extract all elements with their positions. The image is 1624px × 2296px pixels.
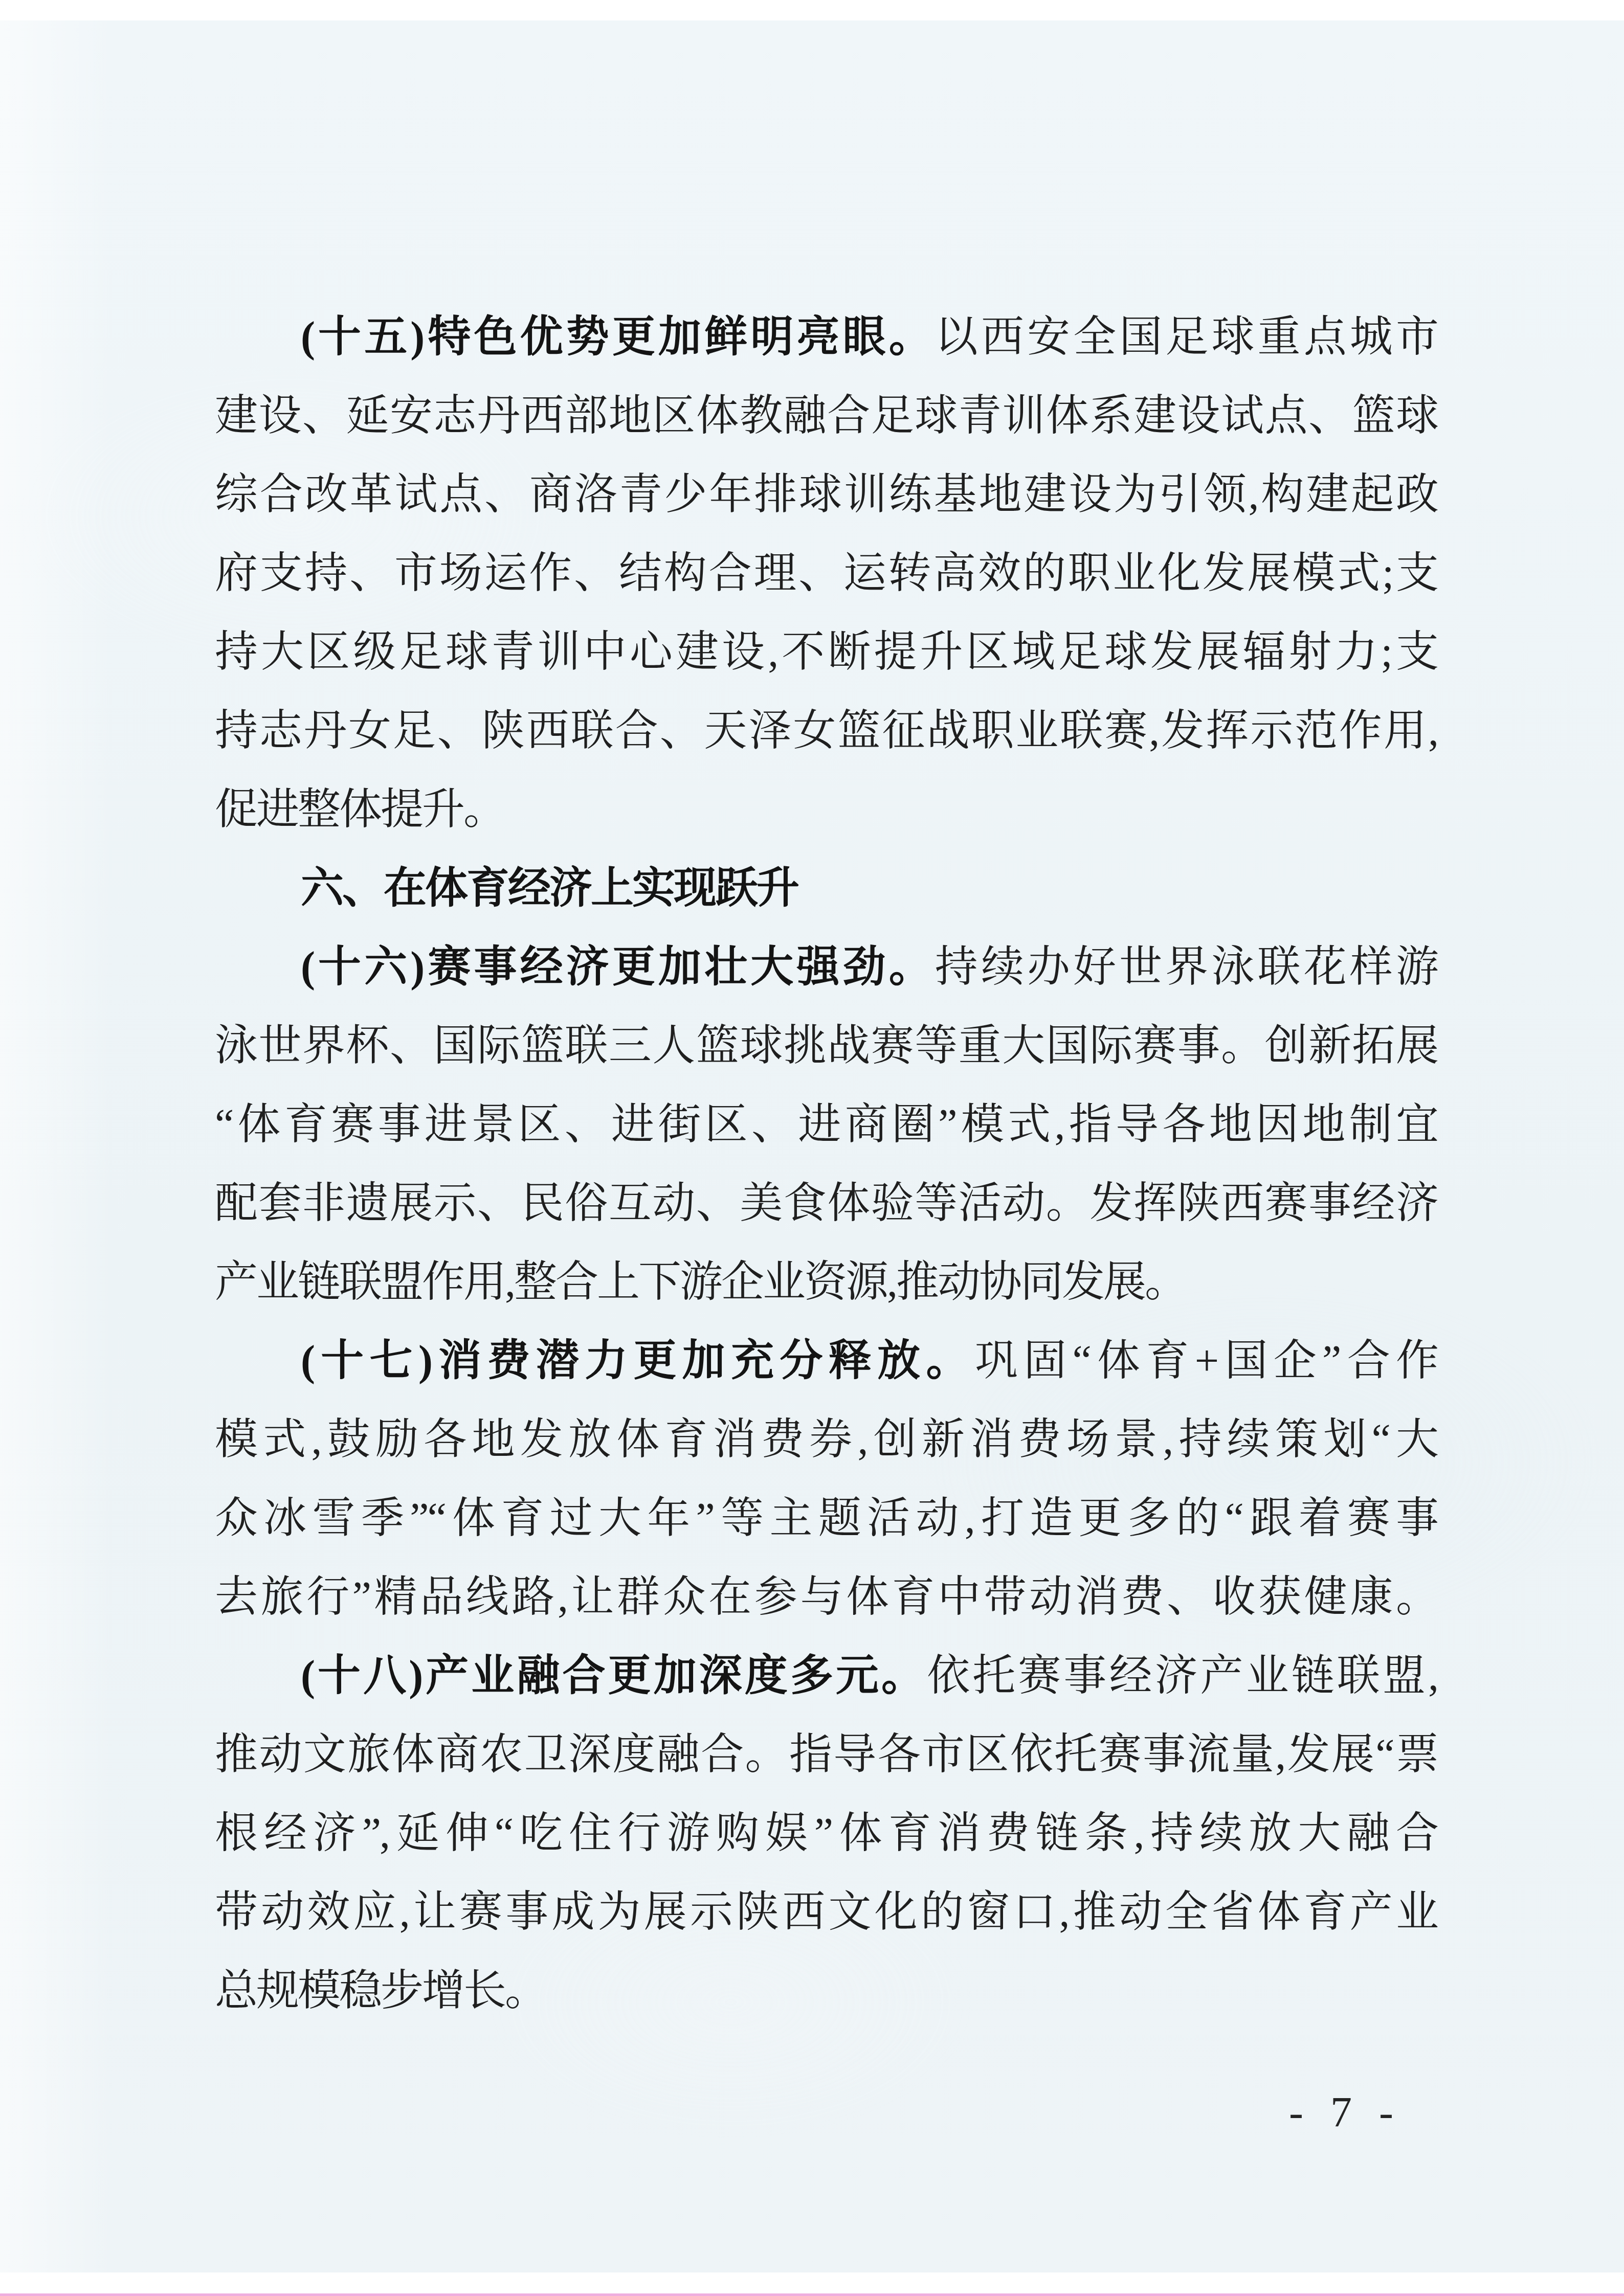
bold-run: (十六)赛事经济更加壮大强劲。: [301, 943, 935, 991]
page-number: - 7 -: [1238, 2082, 1453, 2144]
body-run: 推动文旅体商农卫深度融合。指导各市区依托赛事流量,发展“票: [215, 1731, 1437, 1779]
body-run: 众冰雪季”“体育过大年”等主题活动,打造更多的“跟着赛事: [215, 1495, 1437, 1542]
body-run: 去旅行”精品线路,让群众在参与体育中带动消费、收获健康。: [215, 1573, 1437, 1621]
text-line: 建设、延安志丹西部地区体教融合足球青训体系建设试点、篮球: [215, 377, 1437, 456]
body-run: 总规模稳步增长。: [215, 1967, 546, 2015]
bold-run: (十五)特色优势更加鲜明亮眼。: [301, 313, 935, 361]
document-body-text: (十五)特色优势更加鲜明亮眼。以西安全国足球重点城市 建设、延安志丹西部地区体教…: [215, 298, 1437, 2031]
text-line: (十五)特色优势更加鲜明亮眼。以西安全国足球重点城市: [215, 298, 1437, 377]
text-line: (十八)产业融合更加深度多元。依托赛事经济产业链联盟,: [215, 1637, 1437, 1716]
body-run: 促进整体提升。: [215, 786, 505, 834]
section-heading: 六、在体育经济上实现跃升: [215, 849, 1437, 928]
document-page: { "colors": { "page-bg": "#ffffff", "bac…: [0, 0, 1624, 2296]
body-run: 综合改革试点、商洛青少年排球训练基地建设为引领,构建起政: [215, 471, 1437, 519]
body-run: 带动效应,让赛事成为展示陕西文化的窗口,推动全省体育产业: [215, 1888, 1437, 1936]
text-line: 总规模稳步增长。: [215, 1952, 1437, 2031]
body-run: 持志丹女足、陕西联合、天泽女篮征战职业联赛,发挥示范作用,: [215, 707, 1437, 755]
text-line: 综合改革试点、商洛青少年排球训练基地建设为引领,构建起政: [215, 456, 1437, 534]
text-line: “体育赛事进景区、进街区、进商圈”模式,指导各地因地制宜: [215, 1086, 1437, 1164]
bold-run: (十七)消费潜力更加充分释放。: [301, 1337, 975, 1385]
body-run: 配套非遗展示、民俗互动、美食体验等活动。发挥陕西赛事经济: [215, 1180, 1437, 1227]
text-line: 模式,鼓励各地发放体育消费券,创新消费场景,持续策划“大: [215, 1401, 1437, 1479]
body-run: 巩固“体育+国企”合作: [975, 1337, 1437, 1385]
body-run: 府支持、市场运作、结构合理、运转高效的职业化发展模式;支: [215, 550, 1437, 597]
body-run: 模式,鼓励各地发放体育消费券,创新消费场景,持续策划“大: [215, 1416, 1437, 1464]
text-line: 去旅行”精品线路,让群众在参与体育中带动消费、收获健康。: [215, 1558, 1437, 1637]
text-line: 配套非遗展示、民俗互动、美食体验等活动。发挥陕西赛事经济: [215, 1164, 1437, 1243]
text-line: 根经济”,延伸“吃住行游购娱”体育消费链条,持续放大融合: [215, 1794, 1437, 1873]
text-line: 带动效应,让赛事成为展示陕西文化的窗口,推动全省体育产业: [215, 1873, 1437, 1952]
body-run: 持续办好世界泳联花样游: [935, 943, 1437, 991]
body-run: 泳世界杯、国际篮联三人篮球挑战赛等重大国际赛事。创新拓展: [215, 1022, 1437, 1070]
text-line: 府支持、市场运作、结构合理、运转高效的职业化发展模式;支: [215, 534, 1437, 613]
body-run: 建设、延安志丹西部地区体教融合足球青训体系建设试点、篮球: [215, 392, 1437, 440]
body-run: “体育赛事进景区、进街区、进商圈”模式,指导各地因地制宜: [215, 1101, 1437, 1149]
text-line: (十七)消费潜力更加充分释放。巩固“体育+国企”合作: [215, 1322, 1437, 1401]
text-line: 泳世界杯、国际篮联三人篮球挑战赛等重大国际赛事。创新拓展: [215, 1007, 1437, 1086]
body-run: 产业链联盟作用,整合上下游企业资源,推动协同发展。: [215, 1258, 1186, 1306]
text-line: 持大区级足球青训中心建设,不断提升区域足球发展辐射力;支: [215, 613, 1437, 692]
text-line: 产业链联盟作用,整合上下游企业资源,推动协同发展。: [215, 1243, 1437, 1322]
body-run: 依托赛事经济产业链联盟,: [927, 1652, 1437, 1700]
text-line: (十六)赛事经济更加壮大强劲。持续办好世界泳联花样游: [215, 928, 1437, 1007]
bold-run: (十八)产业融合更加深度多元。: [301, 1652, 927, 1700]
text-line: 促进整体提升。: [215, 771, 1437, 849]
text-line: 众冰雪季”“体育过大年”等主题活动,打造更多的“跟着赛事: [215, 1479, 1437, 1558]
text-line: 持志丹女足、陕西联合、天泽女篮征战职业联赛,发挥示范作用,: [215, 692, 1437, 771]
text-line: 推动文旅体商农卫深度融合。指导各市区依托赛事流量,发展“票: [215, 1716, 1437, 1794]
scanner-edge-artifact: [0, 2293, 1624, 2296]
body-run: 根经济”,延伸“吃住行游购娱”体育消费链条,持续放大融合: [215, 1810, 1437, 1857]
body-run: 持大区级足球青训中心建设,不断提升区域足球发展辐射力;支: [215, 628, 1437, 676]
body-run: 以西安全国足球重点城市: [935, 313, 1437, 361]
bold-run: 六、在体育经济上实现跃升: [301, 865, 798, 912]
